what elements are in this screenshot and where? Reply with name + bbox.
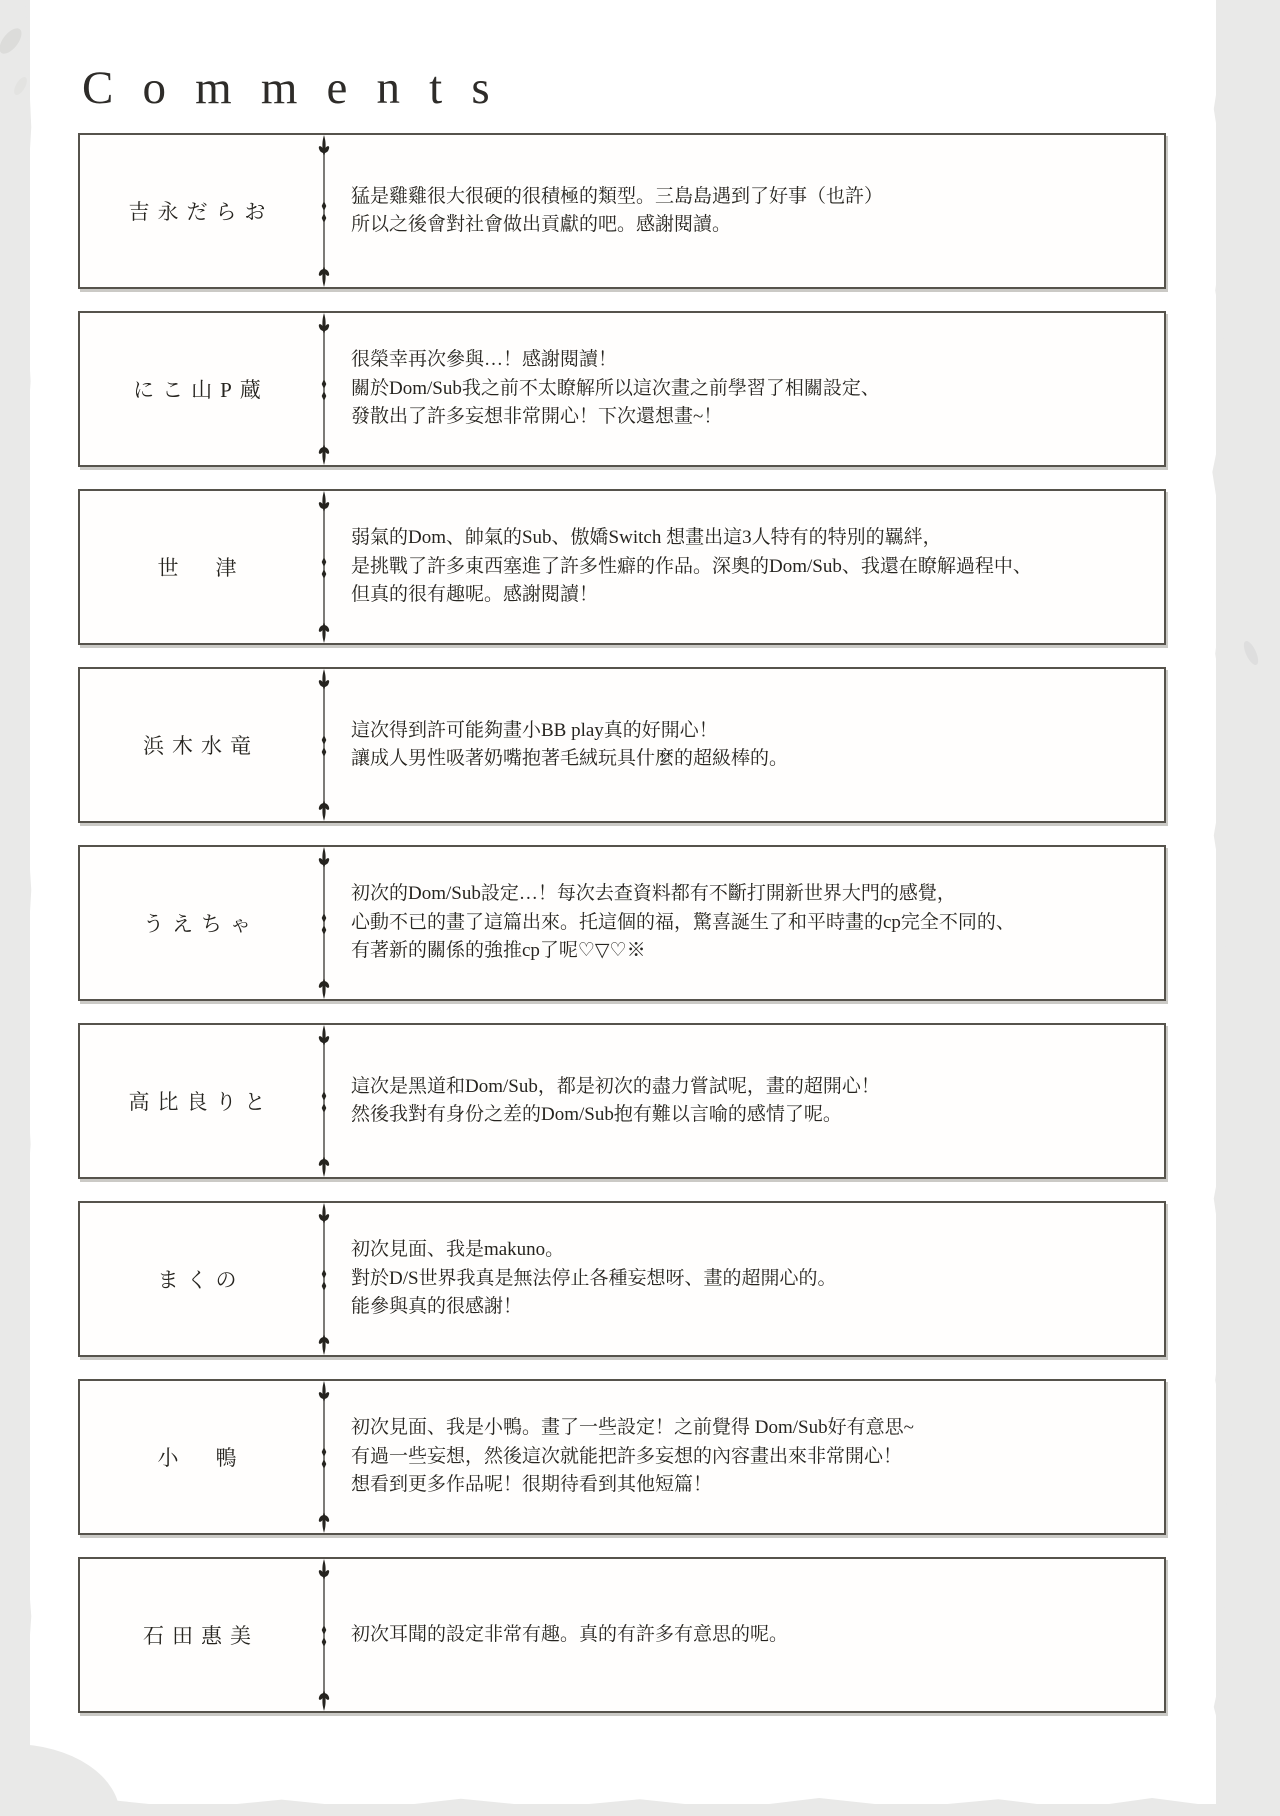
comment-card: 世 津 弱氣的Dom、帥氣的Sub、傲嬌Switch 想畫出這3人特有的特別的羈… <box>78 489 1166 645</box>
comment-text: 猛是雞雞很大很硬的很積極的類型。三島島遇到了好事（也許） 所以之後會對社會做出貢… <box>334 135 1164 287</box>
fleuron-divider-icon <box>314 847 334 999</box>
fleuron-divider-icon <box>314 313 334 465</box>
comment-author: 吉永だらお <box>80 135 314 287</box>
comment-line: 這次是黑道和Dom/Sub，都是初次的盡力嘗試呢，畫的超開心！ <box>351 1073 1154 1102</box>
comment-card: うえちゃ 初次的Dom/Sub設定…！每次去查資料都有不斷打開新世界大門的感覺，… <box>78 845 1166 1001</box>
comment-line: 但真的很有趣呢。感謝閱讀！ <box>351 581 1154 610</box>
comment-author: うえちゃ <box>80 847 314 999</box>
comment-text: 初次耳聞的設定非常有趣。真的有許多有意思的呢。 <box>334 1559 1164 1711</box>
comment-line: 猛是雞雞很大很硬的很積極的類型。三島島遇到了好事（也許） <box>351 183 1154 212</box>
comment-line: 弱氣的Dom、帥氣的Sub、傲嬌Switch 想畫出這3人特有的特別的羈絆， <box>351 524 1154 553</box>
comment-line: 是挑戰了許多東西塞進了許多性癖的作品。深奧的Dom/Sub、我還在瞭解過程中、 <box>351 553 1154 582</box>
comment-card: にこ山P蔵 很榮幸再次參與…！感謝閱讀！ 關於Dom/Sub我之前不太瞭解所以這… <box>78 311 1166 467</box>
comment-author: 石田惠美 <box>80 1559 314 1711</box>
comment-line: 初次見面、我是小鴨。畫了一些設定！之前覺得 Dom/Sub好有意思~ <box>351 1414 1154 1443</box>
comment-text: 這次是黑道和Dom/Sub，都是初次的盡力嘗試呢，畫的超開心！ 然後我對有身份之… <box>334 1025 1164 1177</box>
comments-list: 吉永だらお 猛是雞雞很大很硬的很積極的類型。三島島遇到了好事（也許） 所以之後會… <box>78 133 1166 1735</box>
comment-text: 初次見面、我是makuno。 對於D/S世界我真是無法停止各種妄想呀、畫的超開心… <box>334 1203 1164 1355</box>
fleuron-divider-icon <box>314 1203 334 1355</box>
comment-line: 發散出了許多妄想非常開心！下次還想畫~！ <box>351 403 1154 432</box>
comment-text: 弱氣的Dom、帥氣的Sub、傲嬌Switch 想畫出這3人特有的特別的羈絆， 是… <box>334 491 1164 643</box>
comment-line: 很榮幸再次參與…！感謝閱讀！ <box>351 346 1154 375</box>
comment-line: 有著新的關係的強推cp了呢♡▽♡※ <box>351 937 1154 966</box>
comment-line: 初次耳聞的設定非常有趣。真的有許多有意思的呢。 <box>351 1621 1154 1650</box>
page-edge-texture <box>1208 0 1280 1816</box>
comment-line: 初次見面、我是makuno。 <box>351 1236 1154 1265</box>
fleuron-divider-icon <box>314 1025 334 1177</box>
comment-line: 所以之後會對社會做出貢獻的吧。感謝閱讀。 <box>351 211 1154 240</box>
comment-line: 初次的Dom/Sub設定…！每次去查資料都有不斷打開新世界大門的感覺， <box>351 880 1154 909</box>
comment-line: 有過一些妄想，然後這次就能把許多妄想的內容畫出來非常開心！ <box>351 1443 1154 1472</box>
comment-line: 心動不已的畫了這篇出來。托這個的福，驚喜誕生了和平時畫的cp完全不同的、 <box>351 909 1154 938</box>
comment-author: 小 鴨 <box>80 1381 314 1533</box>
comment-text: 很榮幸再次參與…！感謝閱讀！ 關於Dom/Sub我之前不太瞭解所以這次畫之前學習… <box>334 313 1164 465</box>
comment-author: 浜木水竜 <box>80 669 314 821</box>
fleuron-divider-icon <box>314 491 334 643</box>
comment-line: 這次得到許可能夠畫小BB play真的好開心！ <box>351 717 1154 746</box>
comment-author: 世 津 <box>80 491 314 643</box>
fleuron-divider-icon <box>314 669 334 821</box>
comment-card: 浜木水竜 這次得到許可能夠畫小BB play真的好開心！ 讓成人男性吸著奶嘴抱著… <box>78 667 1166 823</box>
comment-line: 能參與真的很感謝！ <box>351 1293 1154 1322</box>
comment-line: 想看到更多作品呢！很期待看到其他短篇！ <box>351 1471 1154 1500</box>
comment-card: まくの 初次見面、我是makuno。 對於D/S世界我真是無法停止各種妄想呀、畫… <box>78 1201 1166 1357</box>
fleuron-divider-icon <box>314 135 334 287</box>
comment-text: 初次見面、我是小鴨。畫了一些設定！之前覺得 Dom/Sub好有意思~ 有過一些妄… <box>334 1381 1164 1533</box>
comment-text: 初次的Dom/Sub設定…！每次去查資料都有不斷打開新世界大門的感覺， 心動不已… <box>334 847 1164 999</box>
fleuron-divider-icon <box>314 1559 334 1711</box>
comment-line: 關於Dom/Sub我之前不太瞭解所以這次畫之前學習了相關設定、 <box>351 375 1154 404</box>
comment-card: 石田惠美 初次耳聞的設定非常有趣。真的有許多有意思的呢。 <box>78 1557 1166 1713</box>
comment-line: 對於D/S世界我真是無法停止各種妄想呀、畫的超開心的。 <box>351 1265 1154 1294</box>
comment-text: 這次得到許可能夠畫小BB play真的好開心！ 讓成人男性吸著奶嘴抱著毛絨玩具什… <box>334 669 1164 821</box>
comment-card: 高比良りと 這次是黑道和Dom/Sub，都是初次的盡力嘗試呢，畫的超開心！ 然後… <box>78 1023 1166 1179</box>
comment-line: 讓成人男性吸著奶嘴抱著毛絨玩具什麼的超級棒的。 <box>351 745 1154 774</box>
comment-author: にこ山P蔵 <box>80 313 314 465</box>
comment-card: 小 鴨 初次見面、我是小鴨。畫了一些設定！之前覺得 Dom/Sub好有意思~ 有… <box>78 1379 1166 1535</box>
comment-author: まくの <box>80 1203 314 1355</box>
page-title: Comments <box>82 61 519 115</box>
page-edge-texture <box>0 0 34 1816</box>
comment-line: 然後我對有身份之差的Dom/Sub抱有難以言喻的感情了呢。 <box>351 1101 1154 1130</box>
comment-author: 高比良りと <box>80 1025 314 1177</box>
fleuron-divider-icon <box>314 1381 334 1533</box>
comment-card: 吉永だらお 猛是雞雞很大很硬的很積極的類型。三島島遇到了好事（也許） 所以之後會… <box>78 133 1166 289</box>
